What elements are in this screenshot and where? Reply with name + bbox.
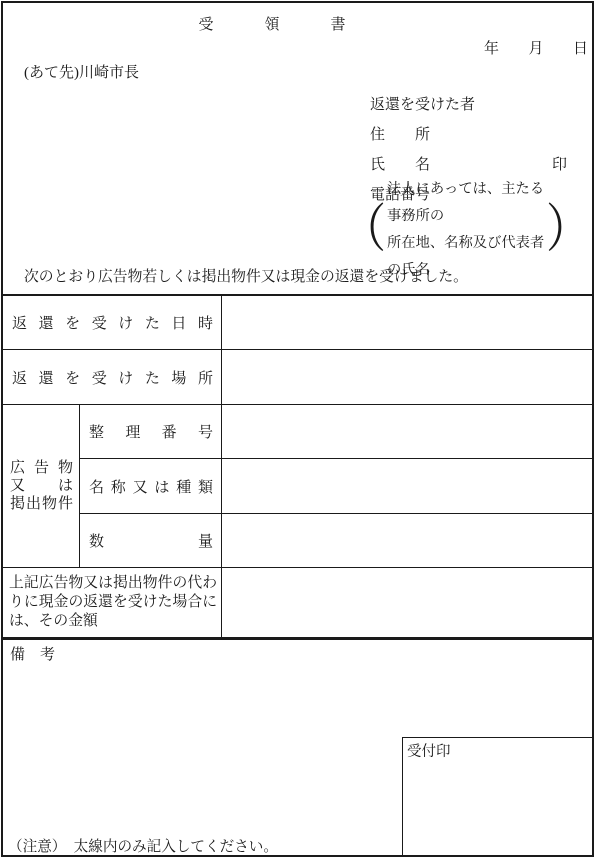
group-label: 広告物 又は 掲出物件 — [3, 459, 79, 513]
quantity-value-cell — [222, 514, 591, 567]
addressee-line: (あて先)川崎市長 — [24, 61, 139, 82]
intro-sentence: 次のとおり広告物若しくは掲出物件又は現金の返還を受けました。 — [24, 265, 468, 286]
quantity-label: 数量 — [80, 530, 221, 551]
name-or-type-label: 名称又は種類 — [80, 476, 221, 497]
receipt-stamp-label: 受付印 — [407, 740, 451, 761]
date-received-label: 返還を受けた日時 — [3, 312, 221, 333]
corporate-note: （ 法人にあっては、主たる事務所の 所在地、名称及び代表者の氏名 ） — [342, 201, 590, 259]
quantity-label-cell: 数量 — [80, 514, 221, 567]
remarks-top-rule — [2, 637, 593, 640]
place-received-label: 返還を受けた場所 — [3, 367, 221, 388]
date-line: 年月日 — [484, 37, 588, 58]
serial-number-label-cell: 整理番号 — [80, 405, 221, 458]
date-received-value-cell — [222, 296, 591, 349]
form-title: 受領書 — [0, 13, 595, 34]
receipt-form-page: 受領書 年月日 (あて先)川崎市長 返還を受けた者 住所 氏名 印 電話番号 （… — [0, 0, 595, 858]
row-place-received-label-cell: 返還を受けた場所 — [3, 350, 221, 404]
group-label-cell: 広告物 又は 掲出物件 — [3, 405, 79, 567]
row-date-received-label-cell: 返還を受けた日時 — [3, 296, 221, 349]
place-received-value-cell — [222, 350, 591, 404]
name-or-type-value-cell — [222, 459, 591, 513]
corporate-note-line1: 法人にあっては、主たる事務所の — [387, 176, 546, 230]
remarks-label: 備 考 — [10, 643, 55, 664]
corporate-note-close-paren: ） — [546, 197, 590, 263]
name-or-type-label-cell: 名称又は種類 — [80, 459, 221, 513]
recipient-heading: 返還を受けた者 — [370, 93, 475, 114]
name-label: 氏名 — [370, 153, 430, 174]
seal-label: 印 — [552, 153, 567, 174]
corporate-note-open-paren: （ — [342, 197, 386, 263]
serial-number-label: 整理番号 — [80, 421, 221, 442]
address-label: 住所 — [370, 123, 430, 144]
caution-note: （注意） 太線内のみ記入してください。 — [8, 835, 278, 856]
cash-amount-value-cell — [222, 568, 591, 637]
cash-amount-label: 上記広告物又は掲出物件の代わりに現金の返還を受けた場合には、その金額 — [3, 574, 221, 631]
serial-number-value-cell — [222, 405, 591, 458]
cash-amount-label-cell: 上記広告物又は掲出物件の代わりに現金の返還を受けた場合には、その金額 — [3, 568, 221, 637]
